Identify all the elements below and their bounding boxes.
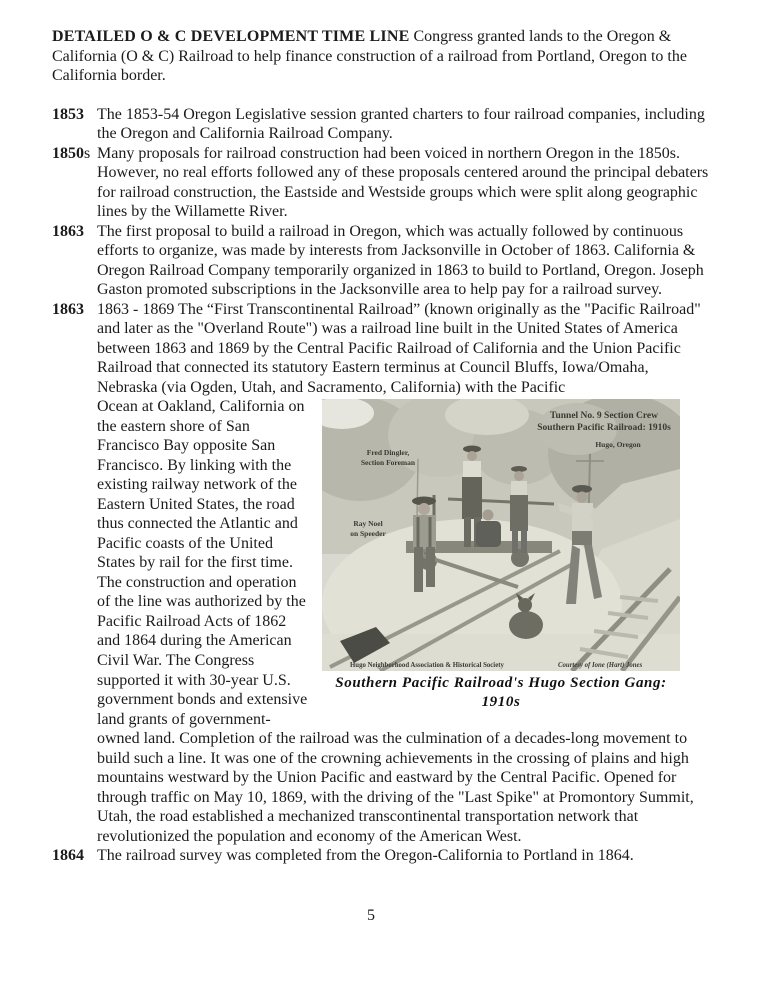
- photo-label-foreman-line2: Section Foreman: [361, 458, 416, 467]
- entry-year: 1863: [52, 300, 97, 846]
- photo-caption: Southern Pacific Railroad's Hugo Section…: [322, 674, 680, 711]
- photo-wrap-block: Tunnel No. 9 Section Crew Southern Pacif…: [97, 397, 710, 846]
- document-page: DETAILED O & C DEVELOPMENT TIME LINE Con…: [0, 0, 758, 995]
- photo-credit-right: Courtesy of Ione (Hart) Jones: [558, 662, 643, 669]
- photo-overlay-location: Hugo, Oregon: [595, 440, 641, 449]
- historic-photo-figure: Tunnel No. 9 Section Crew Southern Pacif…: [322, 399, 680, 711]
- timeline-entry-1863-b: 1863 1863 - 1869 The “First Transcontine…: [52, 300, 710, 846]
- entry-text-before-photo: 1863 - 1869 The “First Transcontinental …: [97, 301, 701, 396]
- header-paragraph: DETAILED O & C DEVELOPMENT TIME LINE Con…: [52, 27, 710, 86]
- photo-label-foreman-line1: Fred Dingler,: [367, 448, 410, 457]
- entry-text: The railroad survey was completed from t…: [97, 846, 710, 866]
- entry-year-label: 1853: [52, 106, 84, 123]
- photo-label-speeder-line1: Ray Noel: [353, 519, 382, 528]
- entry-year-label: 1864: [52, 847, 84, 864]
- entry-year: 1853: [52, 105, 97, 144]
- entry-year-label: 1850: [52, 145, 84, 162]
- entry-year: 1864: [52, 846, 97, 866]
- entry-text: Many proposals for railroad construction…: [97, 144, 710, 222]
- entry-text: The first proposal to build a railroad i…: [97, 222, 710, 300]
- entry-text: The 1853-54 Oregon Legislative session g…: [97, 105, 710, 144]
- photo-overlay-title-line1: Tunnel No. 9 Section Crew: [550, 411, 658, 421]
- railroad-crew-photo: Tunnel No. 9 Section Crew Southern Pacif…: [322, 399, 680, 671]
- entry-year-suffix: s: [84, 145, 90, 162]
- entry-text: 1863 - 1869 The “First Transcontinental …: [97, 300, 710, 846]
- photo-overlay-title-line2: Southern Pacific Railroad: 1910s: [537, 423, 671, 433]
- page-number: 5: [0, 906, 742, 926]
- entry-year: 1863: [52, 222, 97, 300]
- timeline-entry-1863-a: 1863 The first proposal to build a railr…: [52, 222, 710, 300]
- timeline-entry-1864: 1864 The railroad survey was completed f…: [52, 846, 710, 866]
- timeline-entry-1850s: 1850s Many proposals for railroad constr…: [52, 144, 710, 222]
- entry-year-label: 1863: [52, 301, 84, 318]
- photo-label-speeder-line2: on Speeder: [350, 529, 386, 538]
- page-title: DETAILED O & C DEVELOPMENT TIME LINE: [52, 28, 409, 45]
- entry-year: 1850s: [52, 144, 97, 222]
- timeline-entry-1853: 1853 The 1853-54 Oregon Legislative sess…: [52, 105, 710, 144]
- entry-year-label: 1863: [52, 223, 84, 240]
- photo-credit-left: Hugo Neighborhood Association & Historic…: [350, 662, 504, 669]
